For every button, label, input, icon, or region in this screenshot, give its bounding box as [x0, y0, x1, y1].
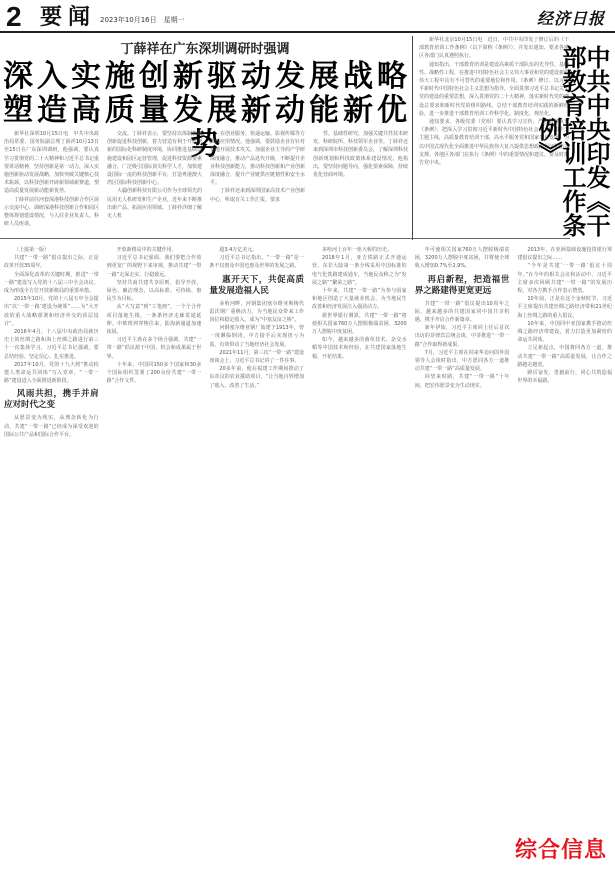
paragraph: 习近平总书记强调，我们要把合作放到更宽广的视野下来审视，推动共建“一带一路”走深…: [107, 254, 202, 279]
body-column: 年可使相关国家760万人摆脱极端贫困、3200万人摆脱中度贫困，并将使全球收入增…: [415, 246, 510, 836]
section-badge: 综合信息: [513, 833, 609, 864]
paragraph: “今年是共建‘一带一路’倡议十周年。”在今年的相关会议和活动中，习近平主席多次回…: [517, 262, 612, 295]
paragraph: 回望来时路，共建“一带一路”十年间，把宏伟愿景变为生动现实。: [415, 373, 510, 389]
paragraph: 2018年1月，亚吉铁路正式开通运营，东非大陆第一条全线采用中国标准的电气化铁路…: [312, 254, 407, 287]
paragraph: 20多年前，他在福建工作期间推动了东帝汶的农业援助项目，“让当地百姓增加了收入，…: [209, 365, 304, 390]
paper-logo: 经济日报: [537, 6, 605, 29]
body-column: 开放新格局中的关键作用。习近平总书记强调，我们要把合作放到更宽广的视野下来审视，…: [107, 246, 202, 836]
paragraph: 新华社深圳10月15日电 中共中央政治局常委、国务院副总理丁薛祥10月13日至1…: [4, 130, 99, 196]
paragraph: 丁薛祥还来到深圳国家高技术产业创新中心，听取有关工作汇报，要求: [210, 187, 305, 203]
page-number: 2: [6, 2, 22, 32]
paragraph: 7月，习近平主席在同来华访问的外国领导人会谈时指出，中方愿同各方一道推动共建“一…: [415, 349, 510, 374]
paragraph: 习近平主席在多个场合强调，共建“一带一路”倡议源于中国，机会和成果属于世界。: [107, 336, 202, 361]
body-column: （上接第一版）共建“一带一路”倡议提出之际，正是改革开放35周年。全面深化改革的…: [4, 246, 99, 836]
section-title: 要闻: [40, 4, 96, 30]
lead-column: 在创业服务、快递运输、影视传媒等方面的应用情况。他强调，要鼓励企业有针对性地开展…: [210, 130, 305, 228]
paragraph: 丁薛祥前往河套深港科技创新合作区展示交流中心，调研深港科技创新合作和园区整体规划…: [4, 196, 99, 228]
section-divider: [0, 238, 570, 239]
paragraph: 通知指出，干部教育培训是建设高素质干部队伍的先导性、基础性、战略性工程，在推进中…: [419, 61, 569, 118]
paragraph: 十年来，共建“一带一路”为参与国家和地区创造了大量就业机会，为当地民生改善和经济…: [312, 287, 407, 312]
paragraph: 大疆创新科技有限公司作为全球领先的民用无人机研发和生产企业，近年来不断推出新产品…: [107, 187, 202, 220]
paragraph: 新年伊始，习近平主席同上任后首次出访的菲律宾总统会谈，中菲推进“一带一路”合作取…: [415, 324, 510, 349]
paragraph: 10年来，中国同中亚国家携手推动丝绸之路经济带建设，着力打造更加紧密的命运共同体…: [517, 320, 612, 345]
masthead: 2 要闻 2023年10月16日 星期一 经济日报: [0, 0, 615, 34]
issue-date: 2023年10月16日 星期一: [100, 15, 185, 25]
lead-headline-line1: 深入实施创新驱动发展战略: [2, 60, 412, 94]
side-article-vertical-headline: 中共中央印发《干部教育培训工作条例》: [572, 36, 608, 246]
lead-column: 性。基础性研究，加强关键共性技术研发、科研院所、科技领军企业等。丁薛祥还来到深圳…: [313, 130, 408, 228]
paragraph: 交流。丁薛祥表示，要坚持以体制机制创新促进科技创新，着力营造有利于开放创新的国际…: [107, 130, 202, 187]
paragraph: 2016年4月，十八届中央政治局就历史上的丝绸之路和海上丝绸之路进行第三十一次集…: [4, 328, 99, 361]
paragraph: 全面深化改革的关键时期，推进“一带一路”建设写入党的十八届三中全会决议，成为形成…: [4, 271, 99, 296]
lead-article-body: 新华社深圳10月15日电 中共中央政治局常委、国务院副总理丁薛祥10月13日至1…: [4, 130, 408, 228]
paragraph: 十年来，中国同150多个国家和30多个国际组织签署了200余份共建“一带一路”合…: [107, 361, 202, 386]
lead-column: 新华社深圳10月15日电 中共中央政治局常委、国务院副总理丁薛祥10月13日至1…: [4, 130, 99, 228]
paragraph: 2013年，在亚洲基础设施投资银行筹建倡议提出之际……: [517, 246, 612, 262]
paragraph: 从“大写意”到“工笔画”，一个个合作项目落地生根，一条条经济走廊贯通延伸。中欧班…: [107, 303, 202, 336]
paragraph: 习近平总书记指出，“一带一路”是一条不仅惠及中国也惠及世界的发展之路。: [209, 254, 304, 270]
paragraph: 从愿景变为现实，从理念转化为行动，共建“一带一路”已经成为深受欢迎的国际公共产品…: [4, 414, 99, 439]
paragraph: 性。基础性研究，加强关键共性技术研发、科研院所、科技领军企业等。丁薛祥还来到深圳…: [313, 130, 408, 179]
paragraph: 踔厉奋发、勇毅前行，同心共筑造福世界的幸福路。: [517, 369, 612, 385]
lead-kicker: 丁薛祥在广东深圳调研时强调: [0, 38, 410, 57]
paragraph: 共建“一带一路”倡议提出10周年之际，越来越多的共建国家同中国共享机遇、携手开启…: [415, 300, 510, 325]
paragraph: 在创业服务、快递运输、影视传媒等方面的应用情况。他强调，要鼓励企业有针对性地开展…: [210, 130, 305, 187]
paragraph: 如今，越来越多的菌草技术、杂交水稻等中国技术和经验，在共建国家落地生根、开花结果…: [312, 336, 407, 361]
paragraph: 坚持共商共建共享原则，倡导开放、绿色、廉洁理念，以高标准、可持续、惠民生为目标。: [107, 279, 202, 304]
body-column: 2013年，在亚洲基础设施投资银行筹建倡议提出之际……“今年是共建‘一带一路’倡…: [517, 246, 612, 836]
paragraph: 立足新起点，中国将同各方一道，推动共建“一带一路”高质量发展，让合作之路越走越宽…: [517, 344, 612, 369]
paragraph: 超3.4万亿美元。: [209, 246, 304, 254]
paragraph: 开放新格局中的关键作用。: [107, 246, 202, 254]
paragraph: 2017年10月，党的十九大将“推动构建人类命运共同体”写入党章，“一带一路”建…: [4, 361, 99, 386]
body-column: 超3.4万亿美元。习近平总书记指出，“一带一路”是一条不仅惠及中国也惠及世界的发…: [209, 246, 304, 836]
paragraph: 年可使相关国家760万人摆脱极端贫困、3200万人摆脱中度贫困，并将使全球收入增…: [415, 246, 510, 271]
continuation-article-body: （上接第一版）共建“一带一路”倡议提出之际，正是改革开放35周年。全面深化改革的…: [4, 246, 612, 836]
paragraph: 共建“一带一路”倡议提出之际，正是改革开放35周年。: [4, 254, 99, 270]
body-column: 多哈河上百年一座大桥的历史。2018年1月，亚吉铁路正式开通运营，东非大陆第一条…: [312, 246, 407, 836]
paragraph: 新华社北京10月15日电 近日，中共中央印发了修订后的《干部教育培训工作条例》（…: [419, 36, 569, 61]
subheading: 再启新程，把造福世界之路建得更宽更远: [415, 275, 510, 297]
paragraph: 河钢塞尔维亚钢厂始建于1913年，曾一度濒临倒闭。中方接手后实现扭亏为盈，有效带…: [209, 324, 304, 349]
subheading: 惠开天下，共促高质量发展造福人民: [209, 275, 304, 297]
paragraph: 2015年10月，党的十八届五中全会提出“以‘一带一路’建设为统领”……为“大开…: [4, 295, 99, 328]
paragraph: 2021年11月，第三次“一带一路”建设座谈会上，习近平总书记讲了一件往事。: [209, 349, 304, 365]
paragraph: 多哈河畔，河钢集团塞尔维亚斯梅代雷沃钢厂重焕活力，为当地民众带来工作岗位和稳定收…: [209, 300, 304, 325]
paragraph: 多哈河上百年一座大桥的历史。: [312, 246, 407, 254]
lead-column: 交流。丁薛祥表示，要坚持以体制机制创新促进科技创新，着力营造有利于开放创新的国际…: [107, 130, 202, 228]
masthead-rule: [0, 31, 615, 33]
paragraph: 据世界银行测算，共建“一带一路”将使相关国家760万人摆脱极端贫困、3200万人…: [312, 312, 407, 337]
continuation-label: （上接第一版）: [4, 246, 99, 254]
subheading: 风雨共担，携手并肩应对时代之变: [4, 389, 99, 411]
paragraph: 10年前，正是在这个金秋时节，习近平主席提出共建丝绸之路经济带和21世纪海上丝绸…: [517, 295, 612, 320]
